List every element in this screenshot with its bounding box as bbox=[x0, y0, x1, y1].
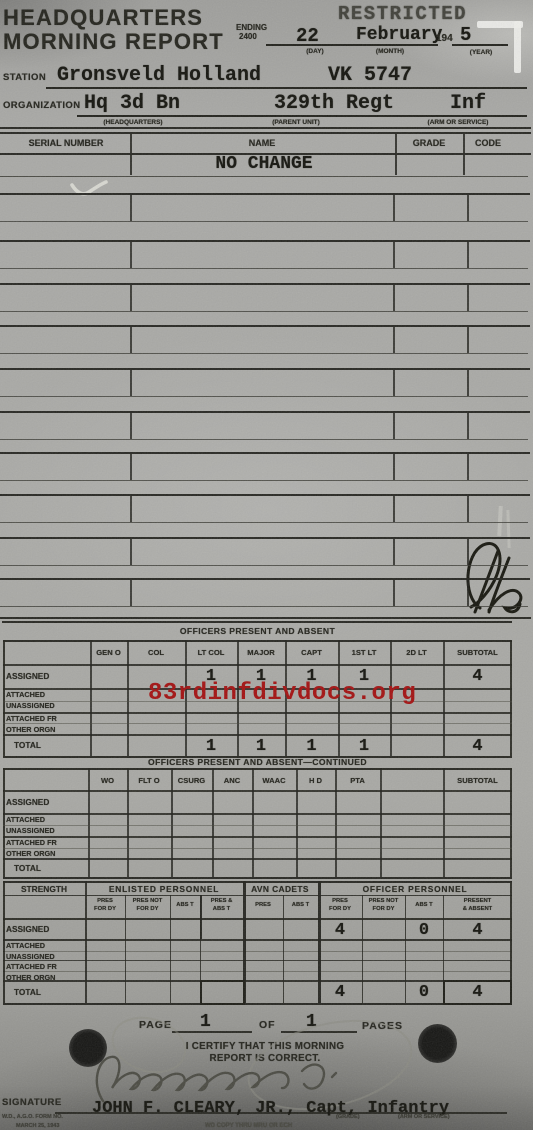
roster-column-divider bbox=[130, 539, 132, 565]
officers_continued-rule bbox=[3, 877, 512, 879]
roster-row-rule bbox=[0, 537, 530, 539]
roster-column-divider bbox=[395, 155, 397, 175]
officers-rule bbox=[3, 734, 512, 736]
officers_continued-rule bbox=[3, 836, 512, 838]
roster-column-divider bbox=[467, 285, 469, 311]
roster-column-divider bbox=[130, 242, 132, 268]
year-underline bbox=[452, 44, 508, 46]
roster-column-divider bbox=[130, 413, 132, 439]
strength-cell-value: 4 bbox=[320, 983, 360, 1002]
roster-row-rule bbox=[0, 268, 528, 269]
roster-bottom-rule bbox=[0, 617, 531, 619]
strength-sub-header: FOR DY bbox=[122, 906, 173, 912]
strength-sub-header: PRES bbox=[315, 898, 365, 904]
ending-time: 2400 bbox=[239, 32, 257, 41]
year-prefix: 194 bbox=[436, 33, 453, 44]
officers-row-label: ATTACHED FR bbox=[6, 714, 57, 723]
strength-cell-value: 4 bbox=[458, 983, 498, 1002]
year-entry: 5 bbox=[460, 24, 471, 46]
organization-underline bbox=[77, 115, 527, 117]
officers_continued-row-label: OTHER ORGN bbox=[6, 849, 55, 858]
officers-column-divider bbox=[127, 640, 129, 756]
month-caption: (MONTH) bbox=[350, 48, 430, 55]
strength-sub-header: FOR DY bbox=[359, 906, 408, 912]
officers_continued-rule bbox=[3, 858, 512, 860]
roster-column-divider bbox=[467, 413, 469, 439]
officers-border bbox=[510, 640, 512, 756]
strength-rule bbox=[3, 960, 512, 961]
roster-column-divider bbox=[467, 370, 469, 396]
roster-row-rule bbox=[0, 452, 530, 454]
roster-column-divider bbox=[393, 496, 395, 522]
organization-parent-caption: (PARENT UNIT) bbox=[251, 119, 341, 126]
officers-rule bbox=[3, 640, 512, 642]
strength-rule bbox=[3, 980, 512, 982]
roster-column-divider bbox=[393, 195, 395, 221]
strength-sub-header: ABS T bbox=[197, 906, 246, 912]
strength-group-header: OFFICER PERSONNEL bbox=[320, 884, 510, 894]
officers-column-divider bbox=[90, 640, 92, 756]
roster-row-rule bbox=[0, 240, 530, 242]
roster-column-divider bbox=[467, 242, 469, 268]
station-entry: Gronsveld Holland bbox=[57, 64, 261, 87]
organization-arm-entry: Inf bbox=[450, 92, 486, 115]
year-caption: (YEAR) bbox=[456, 49, 506, 56]
station-label: STATION bbox=[3, 72, 46, 83]
roster-row-rule bbox=[0, 221, 528, 222]
officers-cell-value: 1 bbox=[344, 737, 384, 756]
officers-cell-value: 4 bbox=[458, 737, 498, 756]
strength-column-divider bbox=[283, 895, 284, 1003]
roster-row-rule bbox=[0, 480, 528, 481]
officers_continued-title: OFFICERS PRESENT AND ABSENT—CONTINUED bbox=[88, 757, 428, 767]
officers-cell-value: 4 bbox=[458, 667, 498, 686]
organization-parent-entry: 329th Regt bbox=[274, 92, 394, 115]
officers-cell-value: 1 bbox=[241, 737, 281, 756]
roster-column-divider bbox=[393, 242, 395, 268]
officers-row-label: OTHER ORGN bbox=[6, 725, 55, 734]
organization-arm-caption: (ARM OR SERVICE) bbox=[408, 119, 508, 126]
strength-rule bbox=[3, 881, 512, 883]
strength-row-label: OTHER ORGN bbox=[6, 973, 55, 982]
organization-unit-entry: Hq 3d Bn bbox=[84, 92, 180, 115]
strength-row-label: ASSIGNED bbox=[6, 924, 49, 934]
strength-row-label: TOTAL bbox=[14, 987, 41, 997]
copy-note-caption: WD COPY THRU MRU OR ECH bbox=[205, 1123, 292, 1129]
strength-row-label: ATTACHED bbox=[6, 941, 45, 950]
officers_continued-row-label: ASSIGNED bbox=[6, 797, 49, 807]
officers_continued-row-label: TOTAL bbox=[14, 863, 41, 873]
strength-sub-header: & ABSENT bbox=[440, 906, 515, 912]
strength-faint-rule bbox=[3, 971, 512, 972]
roster-column-divider bbox=[467, 580, 469, 606]
form-title-line2: MORNING REPORT bbox=[3, 29, 224, 55]
roster-column-divider bbox=[130, 134, 132, 153]
strength-sub-header: PRESENT bbox=[440, 898, 515, 904]
strength-cell-value: 4 bbox=[458, 921, 498, 940]
date-underline bbox=[266, 44, 438, 46]
roster-column-divider bbox=[393, 413, 395, 439]
officers_continued-rule bbox=[3, 768, 512, 770]
roster-column-divider bbox=[393, 285, 395, 311]
white-check-scribble bbox=[68, 176, 110, 200]
officers-cell-value: 1 bbox=[292, 737, 332, 756]
officers-faint-rule bbox=[3, 723, 512, 724]
officers_continued-row-label: ATTACHED FR bbox=[6, 838, 57, 847]
strength-sub-header: PRES & bbox=[197, 898, 246, 904]
officers-column-divider bbox=[443, 640, 445, 756]
strength-sub-header: PRES NOT bbox=[122, 898, 173, 904]
roster-row-rule bbox=[0, 311, 528, 312]
roster-column-divider bbox=[393, 370, 395, 396]
restricted-stamp: RESTRICTED bbox=[338, 3, 467, 25]
strength-cell-value: 0 bbox=[404, 921, 444, 940]
roster-row-rule bbox=[0, 494, 530, 496]
roster-row-rule bbox=[0, 606, 528, 607]
roster-column-divider bbox=[393, 327, 395, 353]
roster-header-serial: SERIAL NUMBER bbox=[6, 138, 126, 148]
roster-row-rule bbox=[0, 439, 528, 440]
roster-column-divider bbox=[467, 539, 469, 565]
roster-row-rule bbox=[0, 578, 530, 580]
roster-column-divider bbox=[130, 454, 132, 480]
officers_continued-faint-rule bbox=[3, 848, 512, 849]
roster-column-divider bbox=[130, 370, 132, 396]
arm-caption: (ARM OR SERVICE) bbox=[398, 1114, 450, 1120]
total-pres-abs-box bbox=[200, 980, 245, 1005]
grade-caption: (GRADE) bbox=[336, 1114, 360, 1120]
roster-top-rule bbox=[0, 127, 531, 129]
strength-corner-label: STRENGTH bbox=[2, 884, 86, 894]
officers_continued-row-label: ATTACHED bbox=[6, 815, 45, 824]
ending-word: ENDING bbox=[236, 23, 267, 32]
roster-column-divider bbox=[130, 155, 132, 175]
strength-sub-header: FOR DY bbox=[315, 906, 365, 912]
officers_continued-col-header: SUBTOTAL bbox=[434, 776, 521, 785]
morning-report-form: HEADQUARTERS MORNING REPORT RESTRICTED E… bbox=[0, 0, 533, 1130]
roster-bottom-rule bbox=[2, 621, 512, 623]
roster-column-divider bbox=[130, 496, 132, 522]
website-watermark: 83rdinfdivdocs.org bbox=[148, 680, 416, 707]
roster-column-divider bbox=[467, 496, 469, 522]
roster-column-divider bbox=[130, 285, 132, 311]
officers-border bbox=[3, 640, 5, 756]
strength-rule bbox=[3, 895, 512, 896]
scan-corner-mark-vertical bbox=[514, 21, 521, 73]
roster-entry-name: NO CHANGE bbox=[164, 154, 364, 174]
officers-title: OFFICERS PRESENT AND ABSENT bbox=[88, 626, 428, 636]
strength-faint-rule bbox=[3, 951, 512, 952]
officers-row-label: ATTACHED bbox=[6, 690, 45, 699]
officers-cell-value: 1 bbox=[191, 737, 231, 756]
form-number-caption: W.D., A.G.O. FORM NO. bbox=[2, 1114, 63, 1120]
signature-label: SIGNATURE bbox=[2, 1097, 62, 1108]
signed-name-entry: JOHN F. CLEARY, JR., Capt, Infantry bbox=[92, 1099, 449, 1118]
roster-column-divider bbox=[130, 195, 132, 221]
roster-row-rule bbox=[0, 176, 528, 177]
officers-row-label: ASSIGNED bbox=[6, 671, 49, 681]
roster-column-divider bbox=[130, 580, 132, 606]
officers-row-label: TOTAL bbox=[14, 740, 41, 750]
officers_continued-row-label: UNASSIGNED bbox=[6, 826, 55, 835]
organization-label: ORGANIZATION bbox=[3, 100, 80, 111]
roster-column-divider bbox=[467, 195, 469, 221]
officers-rule bbox=[3, 664, 512, 666]
officers-row-label: UNASSIGNED bbox=[6, 701, 55, 710]
roster-column-divider bbox=[467, 327, 469, 353]
day-caption: (DAY) bbox=[285, 48, 345, 55]
roster-column-divider bbox=[393, 539, 395, 565]
roster-row-rule bbox=[0, 368, 530, 370]
station-underline bbox=[46, 87, 527, 89]
roster-row-rule bbox=[0, 325, 530, 327]
officers-col-header: SUBTOTAL bbox=[434, 648, 521, 657]
officers_continued-faint-rule bbox=[3, 825, 512, 826]
roster-column-divider bbox=[463, 155, 465, 175]
officers-rule bbox=[3, 712, 512, 714]
roster-column-divider bbox=[130, 327, 132, 353]
organization-unit-caption: (HEADQUARTERS) bbox=[88, 119, 178, 126]
officers_continued-rule bbox=[3, 813, 512, 815]
roster-row-rule bbox=[0, 411, 530, 413]
roster-header-name: NAME bbox=[202, 138, 322, 148]
officers_continued-rule bbox=[3, 790, 512, 792]
roster-column-divider bbox=[393, 580, 395, 606]
strength-rule bbox=[3, 1003, 512, 1005]
roster-header-code: CODE bbox=[458, 138, 518, 148]
strength-sub-header: PRES NOT bbox=[359, 898, 408, 904]
station-map-ref: VK 5747 bbox=[328, 64, 412, 87]
roster-row-rule bbox=[0, 193, 530, 195]
strength-row-label: UNASSIGNED bbox=[6, 952, 55, 961]
white-smudge-mark bbox=[497, 506, 503, 536]
strength-cell-value: 4 bbox=[320, 921, 360, 940]
form-title-line1: HEADQUARTERS bbox=[3, 5, 203, 31]
strength-row-label: ATTACHED FR bbox=[6, 962, 57, 971]
form-date-caption: MARCH 25, 1943 bbox=[16, 1123, 59, 1129]
strength-rule bbox=[3, 918, 512, 920]
strength-cell-value: 0 bbox=[404, 983, 444, 1002]
roster-row-rule bbox=[0, 522, 528, 523]
roster-row-rule bbox=[0, 283, 530, 285]
strength-border bbox=[3, 881, 5, 1003]
officers_continued-col-header: PTA bbox=[326, 776, 389, 785]
roster-column-divider bbox=[467, 454, 469, 480]
roster-column-divider bbox=[393, 454, 395, 480]
month-entry: February bbox=[356, 25, 442, 45]
roster-row-rule bbox=[0, 396, 528, 397]
roster-row-rule bbox=[0, 565, 528, 566]
roster-header-grade: GRADE bbox=[394, 138, 464, 148]
officers_continued-border bbox=[3, 768, 5, 877]
roster-row-rule bbox=[0, 353, 528, 354]
strength-group-header: ENLISTED PERSONNEL bbox=[84, 884, 244, 894]
ending-label: ENDING 2400 bbox=[236, 23, 267, 41]
strength-group-header: AVN CADETS bbox=[240, 884, 320, 894]
roster-top-rule bbox=[0, 132, 531, 134]
